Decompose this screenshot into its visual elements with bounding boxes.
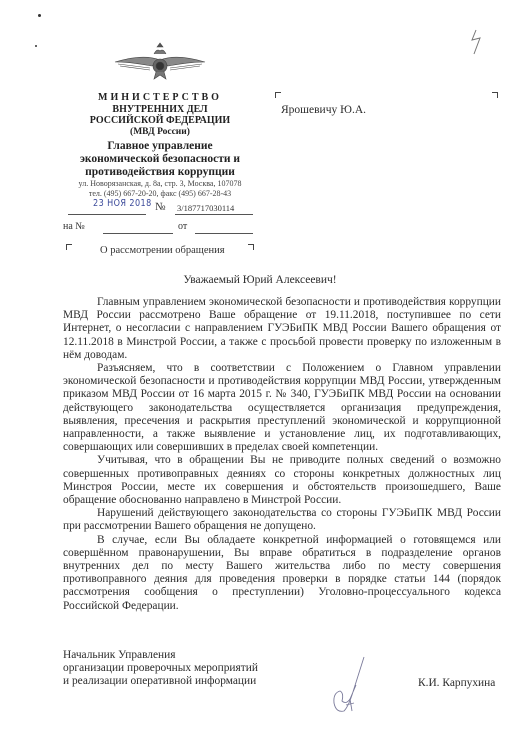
signatory-title-line: организации проверочных мероприятий: [63, 662, 258, 675]
addressee-bracket-right: [492, 92, 498, 98]
department-name: Главное управление экономической безопас…: [60, 140, 260, 179]
number-value: 3/187717030114: [177, 203, 234, 213]
addressee-bracket-left: [275, 92, 281, 98]
signatory-name: К.И. Карпухина: [418, 677, 495, 689]
address-line: тел. (495) 667-20-20, факс (495) 667-28-…: [60, 189, 260, 199]
body-paragraph: В случае, если Вы обладаете конкретной и…: [63, 534, 501, 613]
department-line: экономической безопасности и: [60, 153, 260, 166]
addressee: Ярошевичу Ю.А.: [281, 104, 366, 116]
ministry-line: МИНИСТЕРСТВО: [60, 92, 260, 104]
date-underline: [68, 214, 146, 215]
signatory-title: Начальник Управления организации проверо…: [63, 649, 258, 689]
subject-bracket-left: [66, 244, 72, 250]
body-paragraph: Нарушений действующего законодательства …: [63, 507, 501, 533]
scan-speck: [38, 14, 41, 17]
mvd-emblem-icon: [110, 42, 210, 82]
handwritten-signature-icon: [330, 655, 370, 720]
salutation: Уважаемый Юрий Алексеевич!: [60, 274, 460, 286]
subject-bracket-right: [248, 244, 254, 250]
body-paragraph: Разъясняем, что в соответствии с Положен…: [63, 362, 501, 454]
number-underline: [175, 214, 253, 215]
reply-to-label: на №: [63, 221, 85, 232]
address-line: ул. Новорязанская, д. 8а, стр. 3, Москва…: [60, 179, 260, 189]
reply-to-underline: [103, 233, 173, 234]
department-address: ул. Новорязанская, д. 8а, стр. 3, Москва…: [60, 179, 260, 199]
ministry-name: МИНИСТЕРСТВО ВНУТРЕННИХ ДЕЛ РОССИЙСКОЙ Ф…: [60, 92, 260, 138]
scan-speck: [35, 45, 37, 47]
body-paragraph: Главным управлением экономической безопа…: [63, 296, 501, 362]
signatory-title-line: и реализации оперативной информации: [63, 675, 258, 688]
from-underline: [195, 233, 253, 234]
department-line: противодействия коррупции: [60, 166, 260, 179]
from-label: от: [178, 221, 187, 232]
ministry-line: ВНУТРЕННИХ ДЕЛ: [60, 104, 260, 116]
signatory-title-line: Начальник Управления: [63, 649, 258, 662]
number-label: №: [155, 201, 166, 213]
date-stamp: 23 НОЯ 2018: [93, 198, 152, 209]
letter-body: Главным управлением экономической безопа…: [63, 296, 501, 613]
ministry-line: (МВД России): [60, 127, 260, 139]
subject-line: О рассмотрении обращения: [100, 245, 225, 256]
body-paragraph: Учитывая, что в обращении Вы не приводит…: [63, 454, 501, 507]
handwritten-mark-icon: [470, 28, 484, 56]
department-line: Главное управление: [60, 140, 260, 153]
ministry-line: РОССИЙСКОЙ ФЕДЕРАЦИИ: [60, 115, 260, 127]
